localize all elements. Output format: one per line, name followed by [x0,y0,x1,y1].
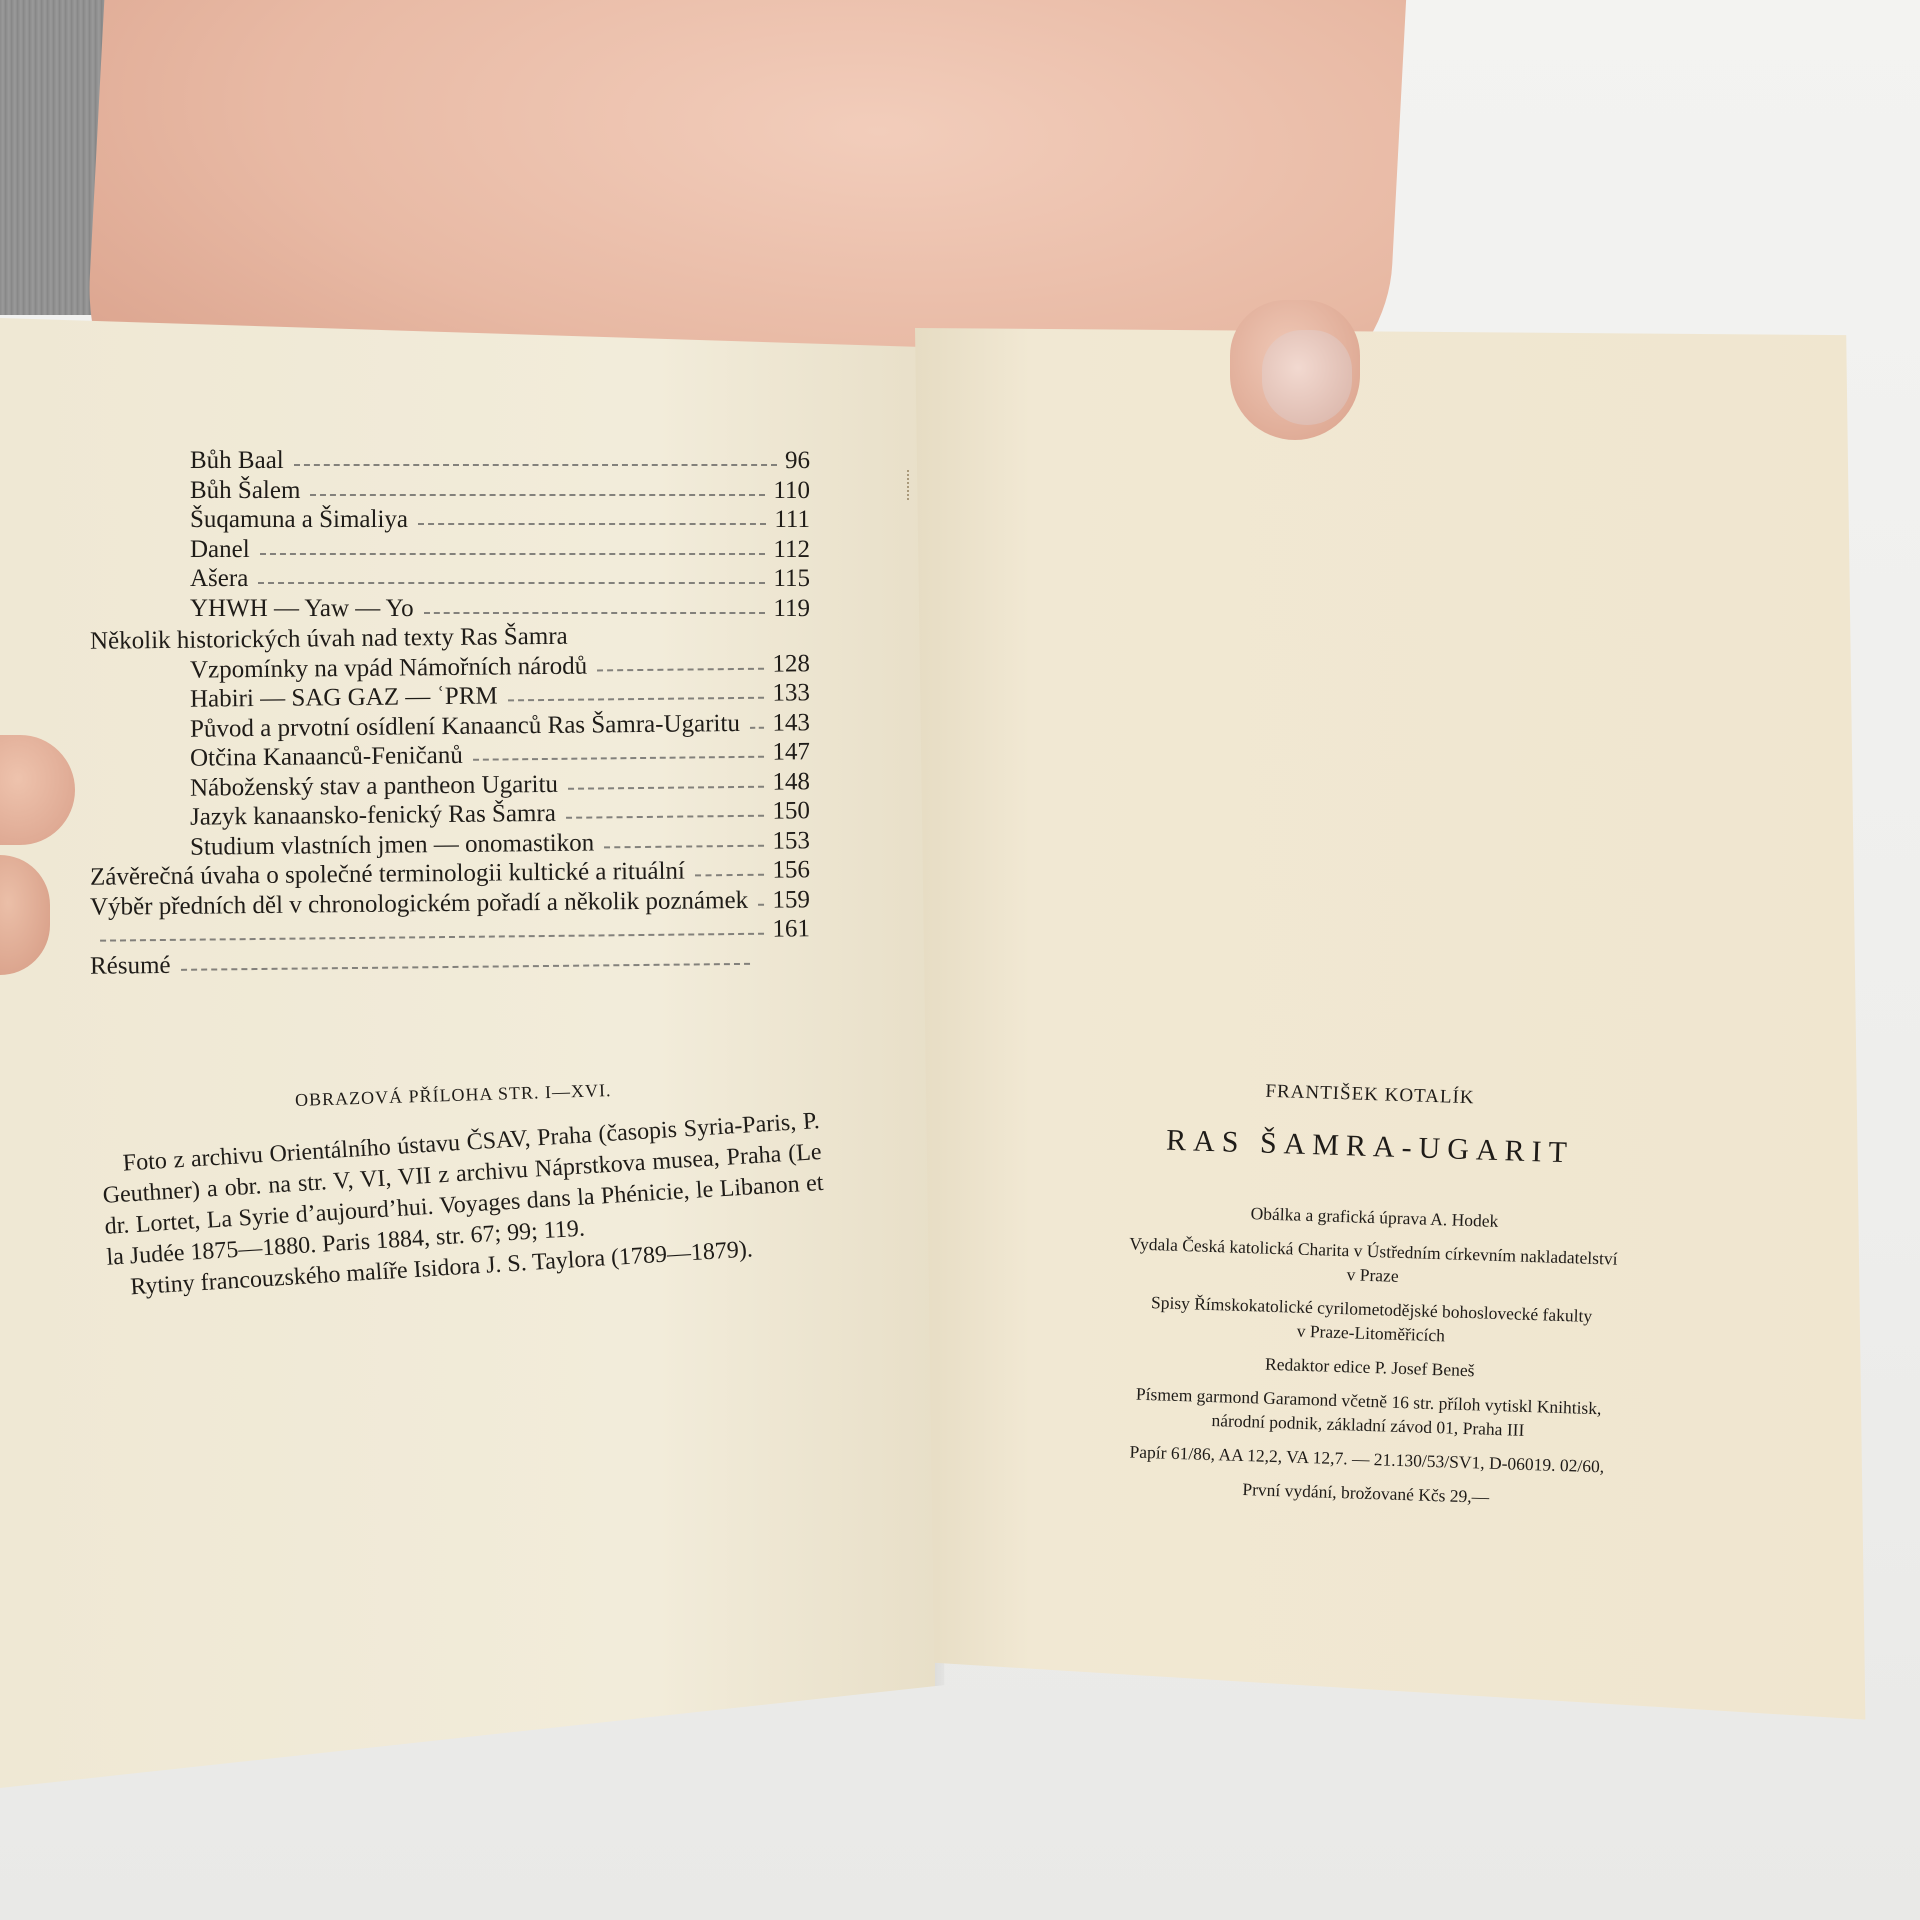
table-of-contents: Bůh Baal96Bůh Šalem110Šuqamuna a Šimaliy… [90,446,810,977]
toc-leader-dots [418,521,766,525]
toc-leader-dots [424,610,765,614]
toc-leader-dots [568,783,764,789]
toc-entry-title: Jazyk kanaansko-fenický Ras Šamra [190,800,556,831]
toc-entry: Ašera115 [90,564,810,594]
toc-leader-dots [604,842,764,848]
toc-entry-page: 110 [773,476,810,506]
toc-entry-title: YHWH — Yaw — Yo [190,595,414,622]
toc-leader-dots [758,901,764,905]
toc-entry-page: 128 [772,649,810,679]
toc-entry-page: 147 [772,737,810,767]
toc-entry-page: 148 [772,767,810,797]
toc-entry-title: Náboženský stav a pantheon Ugaritu [190,770,558,801]
toc-entry-page: 112 [773,535,810,565]
toc-entry-title: Otčina Kanaanců-Feničanů [190,742,463,772]
toc-entry-page: 159 [772,885,810,915]
toc-entry-title: Ašera [190,565,248,592]
toc-entry: Bůh Šalem110 [90,476,810,506]
toc-entry-title: Bůh Baal [190,447,284,474]
toc-entry-page: 96 [785,446,810,476]
toc-entry-title: Studium vlastních jmen — onomastikon [190,829,594,860]
toc-entry-page: 115 [773,564,810,594]
toc-entry-title: Vzpomínky na vpád Námořních národů [190,652,587,683]
toc-entry: YHWH — Yaw — Yo119 [90,594,810,624]
toc-leader-dots [181,960,750,970]
toc-leader-dots [695,872,764,877]
toc-entry-title: Habiri — SAG GAZ — ʿPRM [190,683,498,713]
toc-entry-title: Původ a prvotní osídlení Kanaanců Ras Ša… [190,709,740,742]
toc-entry-page: 156 [772,855,810,885]
toc-entry-page: 150 [772,796,810,826]
toc-leader-dots [597,665,764,671]
toc-entry: Bůh Baal96 [90,446,810,476]
toc-entry-title: Bůh Šalem [190,477,300,504]
toc-leader-dots [508,695,764,702]
toc-entry-title: Několik historických úvah nad texty Ras … [90,623,568,655]
toc-leader-dots [310,492,765,496]
toc-entry-title: Résumé [90,951,171,979]
toc-entry-page: 153 [772,826,810,856]
toc-leader-dots [100,931,764,942]
imprint: Obálka a grafická úprava A. Hodek Vydala… [1055,1195,1684,1524]
toc-entry-title: Danel [190,536,250,563]
toc-leader-dots [473,754,764,761]
right-page [915,328,1875,1748]
toc-entry: Šuqamuna a Šimaliya111 [90,505,810,535]
toc-leader-dots [750,724,764,728]
toc-leader-dots [260,551,765,555]
toc-entry-title: Závěrečná úvaha o společné terminologii … [90,858,685,891]
toc-entry-title: Šuqamuna a Šimaliya [190,506,408,533]
thumbnail [1262,330,1352,425]
toc-leader-dots [566,813,764,819]
toc-entry: Danel112 [90,535,810,565]
toc-entry-page: 161 [772,914,810,944]
toc-leader-dots [258,580,765,584]
toc-leader-dots [294,462,777,466]
toc-entry-page: 143 [772,708,810,738]
binding-stitches [907,470,917,500]
toc-entry-page: 133 [772,678,810,708]
toc-entry-page: 111 [774,505,810,535]
